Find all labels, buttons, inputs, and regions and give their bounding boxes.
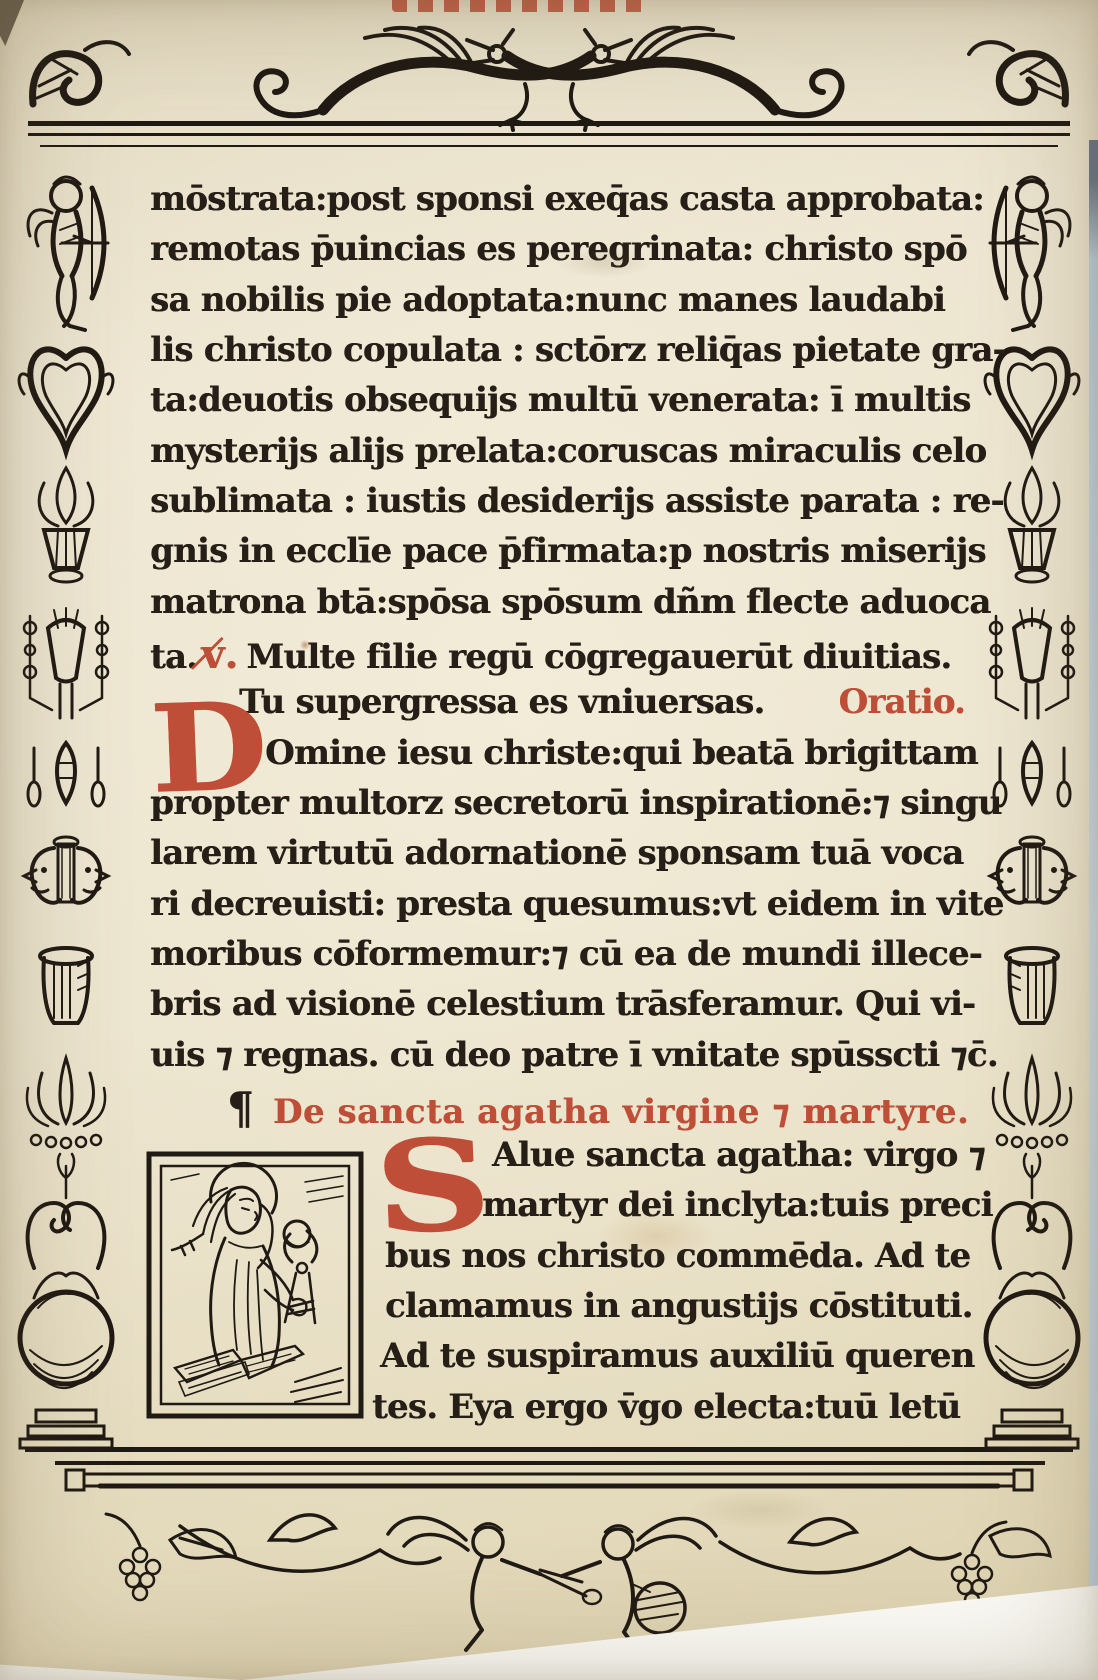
text-line: remotas p̄uincias es peregrinata: christ…	[150, 232, 967, 266]
text-line: ta:deuotis obsequijs multū venerata: ī m…	[150, 383, 970, 417]
text-line: sa nobilis pie adoptata:nunc manes lauda…	[150, 283, 945, 317]
text-line: propter multorz secretorū inspirationē:⁊…	[150, 786, 1002, 820]
text-line: clamamus in angustijs cōstituti.	[385, 1289, 973, 1323]
response-text: Tu supergressa es vniuersas.	[239, 685, 764, 719]
text-line: uis ⁊ regnas. cū deo patre ī vnitate spū…	[150, 1038, 998, 1072]
text-line: Omine iesu christe:qui beatā brigittam	[265, 736, 978, 770]
top-rule-mid	[28, 133, 1070, 136]
running-title-fragment	[392, 0, 644, 12]
text-line-response: Tu supergressa es vniuersas. Oratio.	[239, 685, 965, 719]
text-line: Alue sancta agatha: virgo ⁊	[492, 1138, 985, 1172]
bottom-rule-thick	[25, 1447, 1073, 1452]
lombard-initial-s: S	[372, 1123, 493, 1251]
text-line-versicle: ta.v̸.Multe filie regū cōgregauerūt diui…	[150, 635, 951, 675]
text-line: bus nos christo commēda. Ad te	[385, 1239, 970, 1273]
saint-agatha-woodcut	[145, 1150, 365, 1420]
text-line: sublimata : iustis desiderijs assiste pa…	[150, 484, 1004, 518]
top-rule-thick	[28, 121, 1070, 126]
text-line: mōstrata:post sponsi exeq̄as casta appro…	[150, 182, 984, 216]
versicle-text: Multe filie regū cōgregauerūt diuitias.	[246, 637, 951, 677]
text-line: lis christo copulata : sctōrz reliq̄as p…	[150, 333, 1006, 367]
text-line: ri decreuisti: presta quesumus:vt eidem …	[150, 887, 1003, 921]
versicle-mark-icon: v̸.	[201, 631, 238, 678]
versicle-pre-text: ta.	[150, 637, 197, 677]
left-border-candelabra	[14, 158, 114, 1448]
scan-page-edge	[1089, 140, 1098, 1650]
pilcrow-icon: ¶	[227, 1087, 253, 1131]
text-line: moribus cōformemur:⁊ cū ea de mundi ille…	[150, 937, 982, 971]
text-line: matrona btā:spōsa spōsum dñm flecte aduo…	[150, 585, 991, 619]
text-line: larem virtutū adornationē sponsam tuā vo…	[150, 836, 963, 870]
top-border-dragon-frieze	[25, 26, 1073, 122]
text-line: gnis in ecclīe pace p̄firmata:p nostris …	[150, 534, 986, 568]
top-rule-thin	[40, 145, 1058, 147]
text-line: tes. Eya ergo v̄go electa:tuū letū	[372, 1390, 960, 1424]
text-line: Ad te suspiramus auxiliū queren	[380, 1339, 974, 1373]
scan-edge-mark	[0, 0, 24, 46]
text-line: bris ad visionē celestium trāsferamur. Q…	[150, 987, 975, 1021]
text-line: martyr dei inclyta:tuis preci	[482, 1188, 993, 1222]
manuscript-page-scan: mōstrata:post sponsi exeq̄as casta appro…	[0, 0, 1098, 1680]
bottom-rule-mid	[55, 1461, 1045, 1465]
text-line: mysterijs alijs prelata:coruscas miracul…	[150, 434, 986, 468]
rubric-oratio: Oratio.	[839, 685, 966, 719]
chapter-heading-line: ¶De sancta agatha virgine ⁊ martyre.	[227, 1088, 969, 1130]
